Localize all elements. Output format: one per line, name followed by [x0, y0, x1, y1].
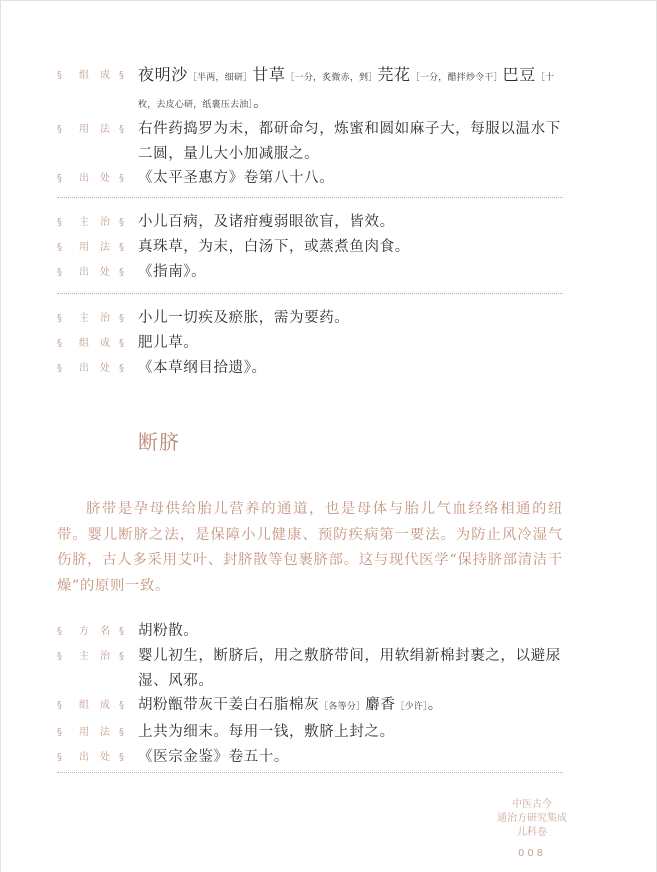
- field-tag: § 主治 §: [57, 307, 138, 331]
- field-tag: § 主治 §: [57, 211, 138, 235]
- section-sign-icon: §: [57, 236, 62, 260]
- prescription-entry-2: § 主治 § 小儿百病，及诸疳瘦弱眼欲盲，皆效。 § 用法 § 真珠草，为末，白…: [57, 210, 563, 285]
- field-tag: § 用法 §: [57, 721, 138, 745]
- section-sign-icon: §: [57, 620, 62, 644]
- entry-row-composition: § 组成 § 肥儿草。: [57, 331, 563, 356]
- page-number: 008: [469, 848, 595, 859]
- section-sign-icon: §: [119, 620, 124, 644]
- field-tag: § 主治 §: [57, 645, 138, 669]
- entry-row-usage: § 用法 § 右件药捣罗为末，都研命匀，炼蜜和圆如麻子大，每服以温水下二圆，量儿…: [57, 117, 563, 166]
- field-value: 《本草纲目拾遗》。: [138, 356, 563, 381]
- field-value: 胡粉甑带灰干姜白石脂棉灰［各等分］麝香［少许］。: [138, 693, 563, 720]
- section-sign-icon: §: [57, 261, 62, 285]
- field-tag: § 出处 §: [57, 167, 138, 191]
- entry-row-indication: § 主治 § 婴儿初生，断脐后，用之敷脐带间，用软绢新棉封裹之，以避尿湿、风邪。: [57, 644, 563, 693]
- section-sign-icon: §: [119, 167, 124, 191]
- entry-row-indication: § 主治 § 小儿百病，及诸疳瘦弱眼欲盲，皆效。: [57, 210, 563, 235]
- field-tag: § 用法 §: [57, 118, 138, 142]
- entry-row-name: § 方名 § 胡粉散。: [57, 619, 563, 644]
- entry-row-source: § 出处 § 《本草纲目拾遗》。: [57, 356, 563, 381]
- footer-series-line2: 通治方研究集成: [469, 812, 595, 826]
- section-sign-icon: §: [57, 118, 62, 142]
- field-value: 右件药捣罗为末，都研命匀，炼蜜和圆如麻子大，每服以温水下二圆，量儿大小加减服之。: [138, 117, 563, 166]
- section-sign-icon: §: [119, 746, 124, 770]
- section-sign-icon: §: [119, 118, 124, 142]
- entry-row-source: § 出处 § 《指南》。: [57, 260, 563, 285]
- field-value: 胡粉散。: [138, 619, 563, 644]
- field-tag: § 组成 §: [57, 332, 138, 356]
- entry-row-usage: § 用法 § 真珠草，为末，白汤下，或蒸煮鱼肉食。: [57, 235, 563, 260]
- field-tag: § 出处 §: [57, 357, 138, 381]
- section-sign-icon: §: [57, 694, 62, 718]
- section-sign-icon: §: [57, 307, 62, 331]
- field-tag: § 方名 §: [57, 620, 138, 644]
- section-sign-icon: §: [119, 307, 124, 331]
- section-sign-icon: §: [57, 167, 62, 191]
- field-tag: § 用法 §: [57, 236, 138, 260]
- section-sign-icon: §: [119, 211, 124, 235]
- section-sign-icon: §: [119, 721, 124, 745]
- field-value: 上共为细末。每用一钱，敷脐上封之。: [138, 720, 563, 745]
- entry-row-usage: § 用法 § 上共为细末。每用一钱，敷脐上封之。: [57, 720, 563, 745]
- field-value: 肥儿草。: [138, 331, 563, 356]
- section-title: 断脐: [138, 426, 180, 455]
- section-sign-icon: §: [57, 645, 62, 669]
- entry-row-composition: § 组成 § 胡粉甑带灰干姜白石脂棉灰［各等分］麝香［少许］。: [57, 693, 563, 720]
- field-value: 《医宗金鉴》卷五十。: [138, 745, 563, 770]
- footer-series-line1: 中医古今: [469, 798, 595, 812]
- field-value: 小儿百病，及诸疳瘦弱眼欲盲，皆效。: [138, 210, 563, 235]
- entry-row-indication: § 主治 § 小儿一切疾及瘀胀，需为要药。: [57, 306, 563, 331]
- field-tag: § 出处 §: [57, 261, 138, 285]
- field-value: 《太平圣惠方》卷第八十八。: [138, 166, 563, 191]
- field-tag: § 组成 §: [57, 64, 138, 88]
- section-sign-icon: §: [119, 694, 124, 718]
- section-sign-icon: §: [57, 746, 62, 770]
- prescription-entry-4: § 方名 § 胡粉散。 § 主治 § 婴儿初生，断脐后，用之敷脐带间，用软绢新棉…: [57, 619, 563, 770]
- entry-row-source: § 出处 § 《医宗金鉴》卷五十。: [57, 745, 563, 770]
- section-sign-icon: §: [119, 64, 124, 88]
- section-sign-icon: §: [57, 721, 62, 745]
- prescription-entry-1: § 组成 § 夜明沙［半两，细研］甘草［一分，炙微赤，剉］芫花［一分，醋拌炒令干…: [57, 63, 563, 191]
- field-value: 夜明沙［半两，细研］甘草［一分，炙微赤，剉］芫花［一分，醋拌炒令干］巴豆［十枚，…: [138, 63, 563, 117]
- section-sign-icon: §: [57, 357, 62, 381]
- section-sign-icon: §: [57, 211, 62, 235]
- running-footer: 中医古今 通治方研究集成 儿科卷: [469, 798, 595, 840]
- field-value: 婴儿初生，断脐后，用之敷脐带间，用软绢新棉封裹之，以避尿湿、风邪。: [138, 644, 563, 693]
- entry-row-composition: § 组成 § 夜明沙［半两，细研］甘草［一分，炙微赤，剉］芫花［一分，醋拌炒令干…: [57, 63, 563, 117]
- dotted-divider: [57, 293, 563, 294]
- field-tag: § 出处 §: [57, 746, 138, 770]
- section-sign-icon: §: [119, 645, 124, 669]
- section-intro-paragraph: 脐带是孕母供给胎儿营养的通道，也是母体与胎儿气血经络相通的纽带。婴儿断脐之法，是…: [57, 497, 563, 599]
- section-sign-icon: §: [57, 332, 62, 356]
- field-tag: § 组成 §: [57, 694, 138, 718]
- entry-row-source: § 出处 § 《太平圣惠方》卷第八十八。: [57, 166, 563, 191]
- section-sign-icon: §: [57, 64, 62, 88]
- section-sign-icon: §: [119, 357, 124, 381]
- dotted-divider: [57, 772, 563, 773]
- dotted-divider: [57, 197, 563, 198]
- section-sign-icon: §: [119, 236, 124, 260]
- field-value: 《指南》。: [138, 260, 563, 285]
- section-sign-icon: §: [119, 332, 124, 356]
- book-page: § 组成 § 夜明沙［半两，细研］甘草［一分，炙微赤，剉］芫花［一分，醋拌炒令干…: [0, 0, 657, 872]
- footer-volume: 儿科卷: [469, 826, 595, 840]
- field-value: 小儿一切疾及瘀胀，需为要药。: [138, 306, 563, 331]
- field-value: 真珠草，为末，白汤下，或蒸煮鱼肉食。: [138, 235, 563, 260]
- section-sign-icon: §: [119, 261, 124, 285]
- prescription-entry-3: § 主治 § 小儿一切疾及瘀胀，需为要药。 § 组成 § 肥儿草。 § 出处 §…: [57, 306, 563, 381]
